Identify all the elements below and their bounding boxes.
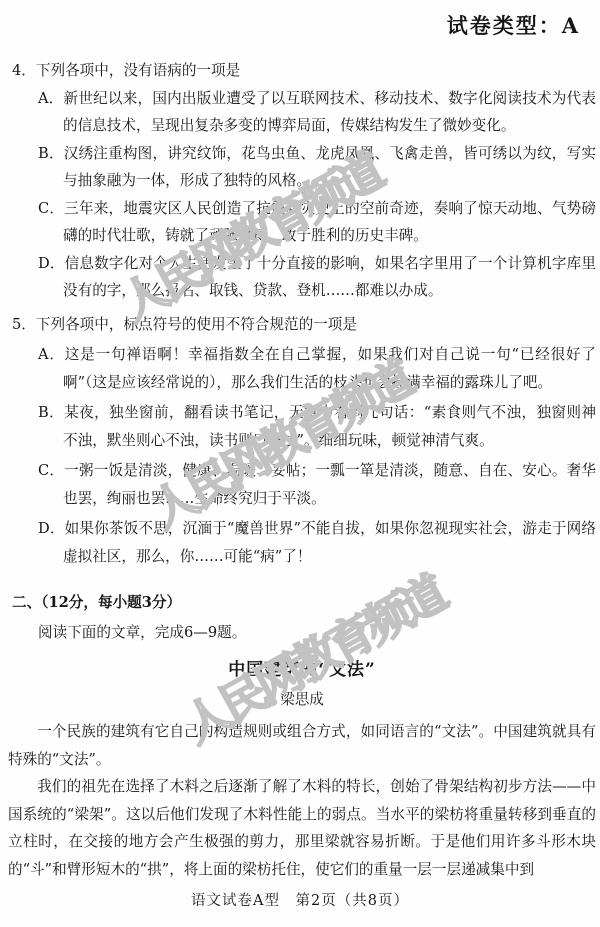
option-c: C．三年来，地震灾区人民创造了抗震救灾史上的空前奇迹，奏响了惊天动地、气势磅礴的… xyxy=(38,195,596,250)
option-c: C．一粥一饭是清淡，健康、温暖、妥帖；一瓢一箪是清淡，随意、自在、安心。奢华也罢… xyxy=(38,457,596,512)
reading-instruction: 阅读下面的文章，完成6—9题。 xyxy=(8,619,596,647)
article-author: 梁思成 xyxy=(8,686,596,714)
question-stem-text: 下列各项中，标点符号的使用不符合规范的一项是 xyxy=(36,316,357,333)
option-a: A．这是一句禅语啊！幸福指数全在自己掌握，如果我们对自己说一句“已经很好了啊”（… xyxy=(38,341,596,396)
question-stem: 4．下列各项中，没有语病的一项是 xyxy=(8,57,596,85)
option-text: 这是一句禅语啊！幸福指数全在自己掌握，如果我们对自己说一句“已经很好了啊”（这是… xyxy=(63,346,596,391)
question-number: 5． xyxy=(12,316,36,333)
article-paragraph: 我们的祖先在选择了木料之后逐渐了解了木料的特长，创始了骨架结构初步方法——中国系… xyxy=(8,773,596,883)
exam-paper-page: 试卷类型：A 4．下列各项中，没有语病的一项是 A．新世纪以来，国内出版业遭受了… xyxy=(0,0,600,927)
option-label: D． xyxy=(38,255,65,272)
question-5: 5．下列各项中，标点符号的使用不符合规范的一项是 A．这是一句禅语啊！幸福指数全… xyxy=(8,311,596,571)
option-b: B．某夜，独坐窗前，翻看读书笔记，无意中看到几句话：“素食则气不浊，独窗则神不浊… xyxy=(38,399,596,454)
option-label: A． xyxy=(38,346,65,363)
page-footer: 语文试卷A型 第2页（共8页） xyxy=(0,888,600,916)
section-heading: 二、（12分，每小题3分） xyxy=(8,589,596,617)
option-text: 信息数字化对个人生活发生了十分直接的影响，如果名字里用了一个计算机字库里没有的字… xyxy=(63,255,596,300)
article-title: 中国建筑的“文法” xyxy=(8,657,596,685)
option-text: 三年来，地震灾区人民创造了抗震救灾史上的空前奇迹，奏响了惊天动地、气势磅礴的时代… xyxy=(63,200,596,245)
option-text: 某夜，独坐窗前，翻看读书笔记，无意中看到几句话：“素食则气不浊，独窗则神不浊，默… xyxy=(63,404,596,449)
option-label: C． xyxy=(38,200,64,217)
option-text: 新世纪以来，国内出版业遭受了以互联网技术、移动技术、数字化阅读技术为代表的信息技… xyxy=(63,90,596,135)
page-content: 4．下列各项中，没有语病的一项是 A．新世纪以来，国内出版业遭受了以互联网技术、… xyxy=(8,57,596,883)
option-label: C． xyxy=(38,462,64,479)
option-d: D．信息数字化对个人生活发生了十分直接的影响，如果名字里用了一个计算机字库里没有… xyxy=(38,250,596,305)
option-a: A．新世纪以来，国内出版业遭受了以互联网技术、移动技术、数字化阅读技术为代表的信… xyxy=(38,85,596,140)
option-text: 如果你茶饭不思，沉湎于“魔兽世界”不能自拔，如果你忽视现实社会，游走于网络虚拟社… xyxy=(63,520,596,565)
question-stem: 5．下列各项中，标点符号的使用不符合规范的一项是 xyxy=(8,311,596,339)
article-paragraph: 一个民族的建筑有它自己的构造规则或组合方式，如同语言的“文法”。中国建筑就具有特… xyxy=(8,718,596,773)
paper-type-label: 试卷类型：A xyxy=(447,12,580,40)
option-label: A． xyxy=(38,90,64,107)
question-number: 4． xyxy=(12,62,36,79)
option-d: D．如果你茶饭不思，沉湎于“魔兽世界”不能自拔，如果你忽视现实社会，游走于网络虚… xyxy=(38,515,596,570)
option-label: B． xyxy=(38,145,64,162)
option-b: B．汉绣注重构图，讲究纹饰，花鸟虫鱼、龙虎凤凰、飞禽走兽，皆可绣以为纹，写实与抽… xyxy=(38,140,596,195)
option-text: 汉绣注重构图，讲究纹饰，花鸟虫鱼、龙虎凤凰、飞禽走兽，皆可绣以为纹，写实与抽象融… xyxy=(63,145,596,190)
question-stem-text: 下列各项中，没有语病的一项是 xyxy=(36,62,240,79)
question-4: 4．下列各项中，没有语病的一项是 A．新世纪以来，国内出版业遭受了以互联网技术、… xyxy=(8,57,596,305)
option-label: B． xyxy=(38,404,64,421)
option-text: 一粥一饭是清淡，健康、温暖、妥帖；一瓢一箪是清淡，随意、自在、安心。奢华也罢，绚… xyxy=(63,462,596,507)
option-label: D． xyxy=(38,520,65,537)
